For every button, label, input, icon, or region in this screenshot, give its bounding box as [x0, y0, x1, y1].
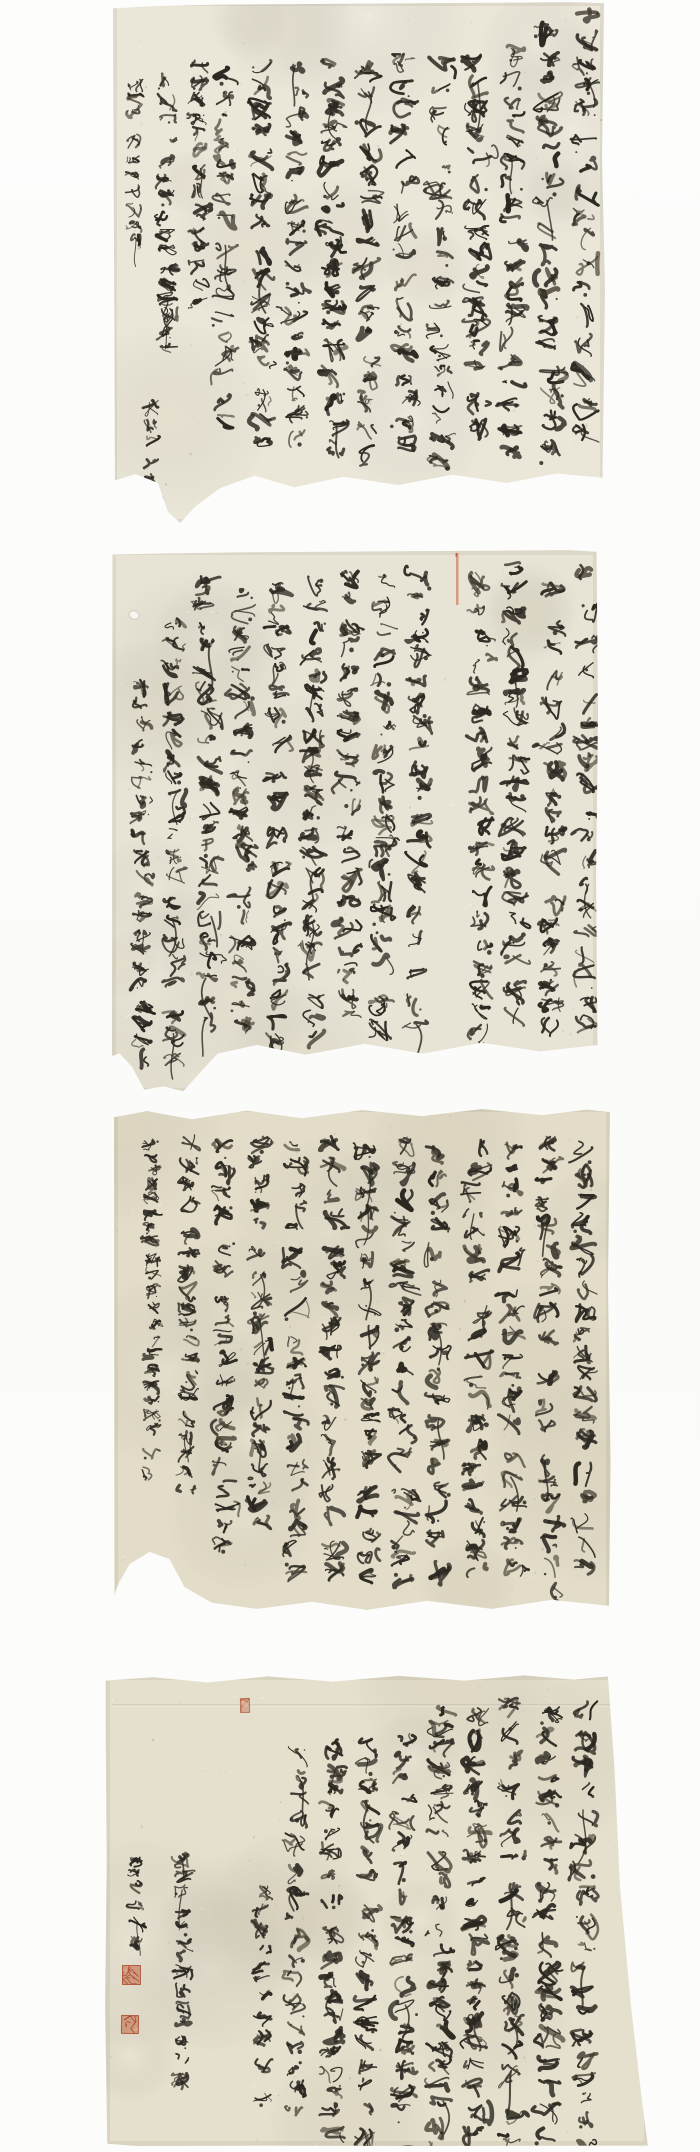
calligraphy-ink-canvas-4 — [104, 1674, 650, 2147]
calligraphy-ink-canvas-1 — [111, 0, 606, 525]
artwork-photo — [0, 0, 700, 2152]
calligraphy-ink-canvas-2 — [110, 549, 599, 1094]
manuscript-sheet-4 — [104, 1674, 650, 2147]
manuscript-sheet-1 — [111, 0, 606, 525]
manuscript-sheet-3 — [112, 1106, 612, 1615]
calligraphy-ink-canvas-3 — [112, 1106, 612, 1615]
manuscript-sheet-2 — [110, 549, 599, 1094]
